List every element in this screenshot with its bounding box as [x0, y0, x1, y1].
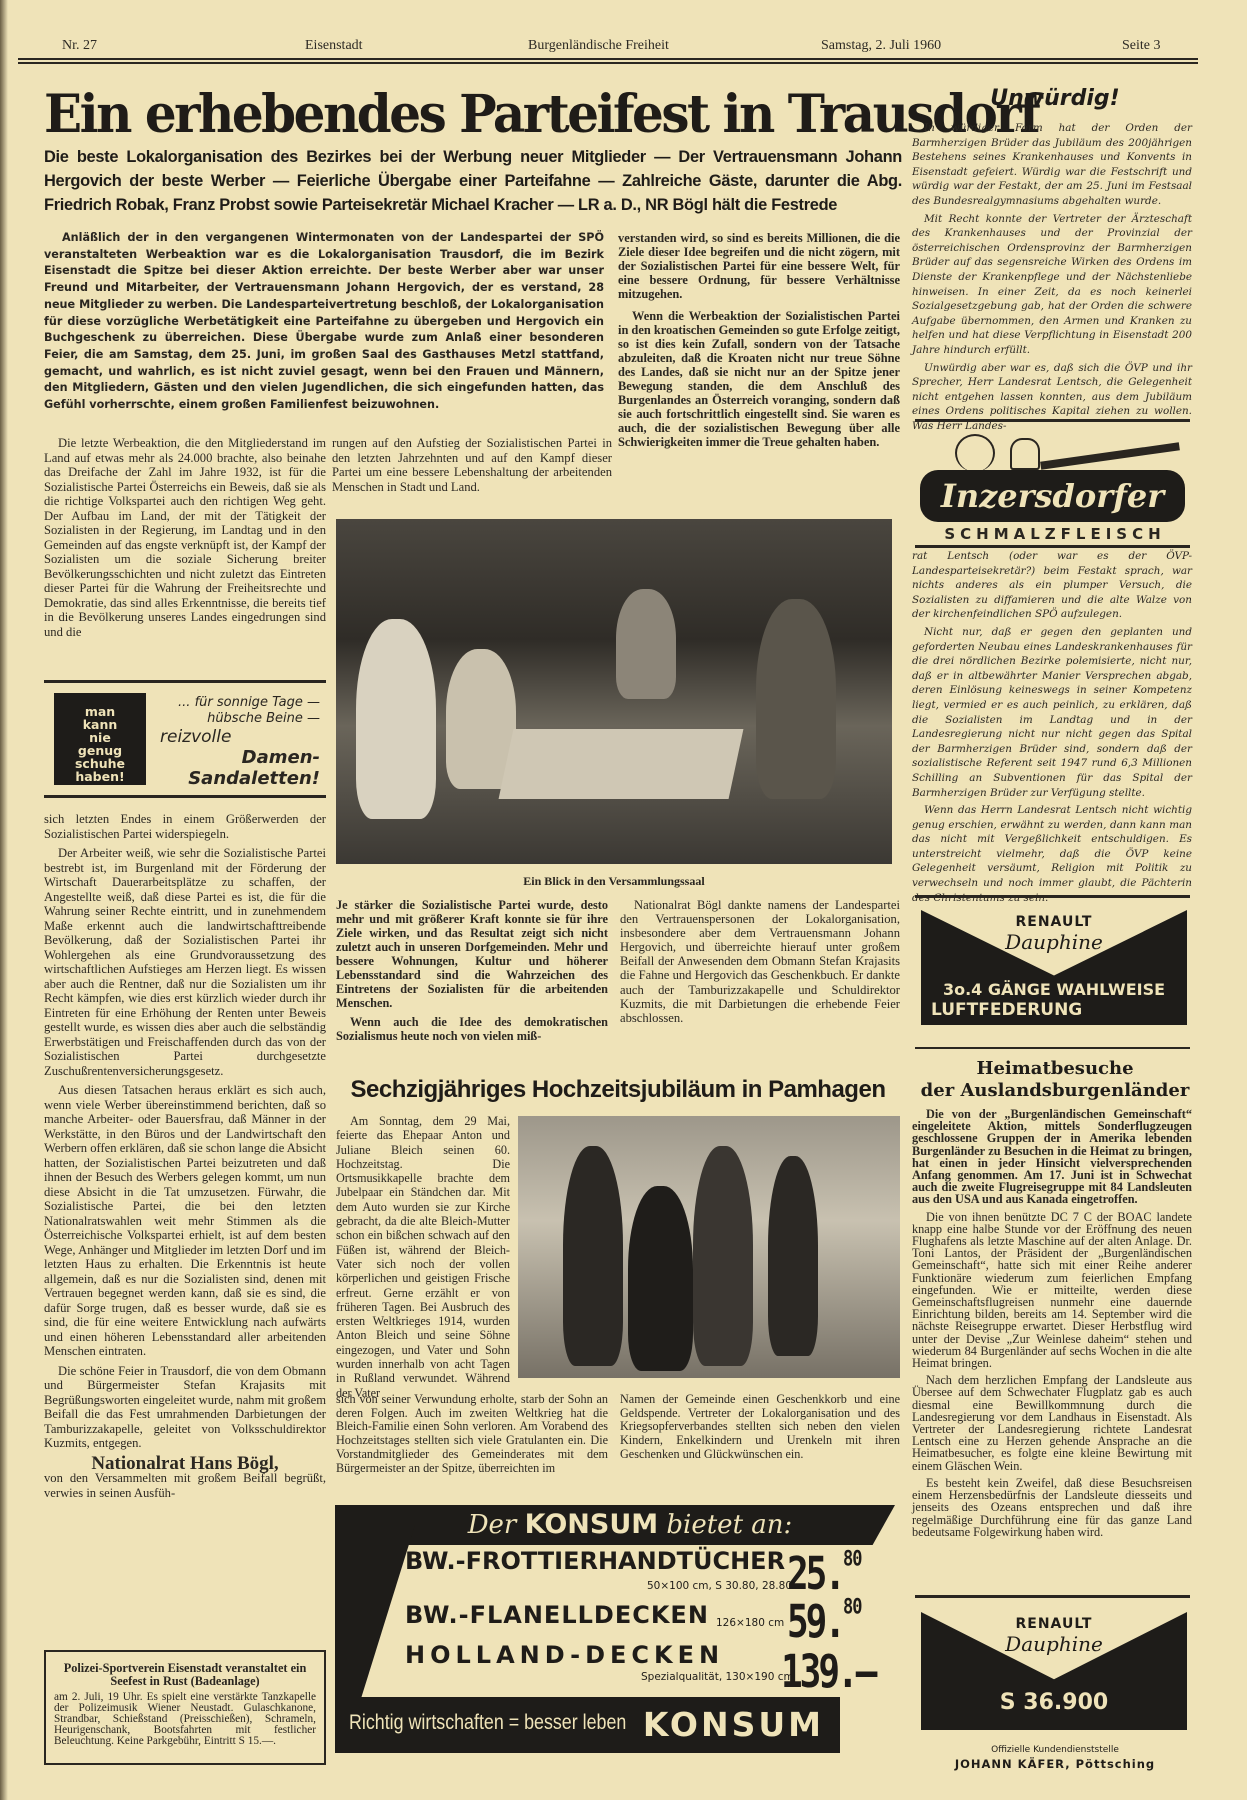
newspaper-page: Nr. 27 Eisenstadt Burgenländische Freihe… — [0, 0, 1247, 1800]
shoe-advertisement: man kann nie genug schuhe haben! ... für… — [44, 680, 326, 798]
konsum-footer: Richtig wirtschaften = besser leben KONS… — [335, 1697, 840, 1753]
photo-figure — [693, 1146, 753, 1366]
konsum-advertisement: Der KONSUM bietet an: BW.-FROTTIERHANDTÜ… — [335, 1505, 900, 1765]
dealer-name: JOHANN KÄFER, Pöttsching — [915, 1757, 1195, 1771]
paragraph: Wenn auch die Idee des demokratischen So… — [336, 1015, 608, 1043]
page-edge-shadow — [0, 0, 8, 1800]
konsum-slogan: Richtig wirtschaften = besser leben — [349, 1711, 626, 1735]
unwuerdig-column: In würdiger Form hat der Orden der Barmh… — [912, 121, 1192, 436]
price-cents: 80 — [843, 1595, 861, 1620]
photo-caption: Ein Blick in den Versammlungssaal — [336, 874, 892, 889]
renault-dealer: Offizielle Kundendienststelle JOHANN KÄF… — [915, 1745, 1195, 1771]
paragraph: Wenn das Herrn Landesrat Lentsch nicht w… — [912, 803, 1192, 905]
heimat-headline-line: der Auslandsburgenländer — [915, 1080, 1195, 1102]
paragraph: rungen auf den Aufstieg der Sozialistisc… — [332, 436, 612, 494]
renault-ad-line: LUFTFEDERUNG — [921, 1000, 1187, 1020]
paragraph: Je stärker die Sozialistische Partei wur… — [336, 898, 608, 1010]
dealer-label: Offizielle Kundendienststelle — [915, 1745, 1195, 1755]
konsum-item-name: HOLLAND-DECKEN — [405, 1641, 724, 1669]
konsum-item-name: BW.-FLANELLDECKEN — [405, 1601, 709, 1629]
paragraph: von den Versammelten mit großem Beifall … — [44, 1471, 326, 1500]
shoe-ad-line: Sandaletten! — [154, 768, 320, 789]
paragraph: Namen der Gemeinde einen Geschenkkorb un… — [620, 1393, 900, 1462]
article-column-1-continued: sich letzten Endes in einem Größerwerden… — [44, 812, 326, 1505]
renault-brand: RENAULT — [921, 1616, 1187, 1632]
konsum-item-detail: 126×180 cm — [716, 1617, 784, 1629]
article-mid-right: Nationalrat Bögl dankte namens der Lande… — [620, 898, 900, 1030]
konsum-item-price: 25.80 — [787, 1549, 862, 1600]
wedding-bottom-left: sich von seiner Verwundung erholte, star… — [336, 1393, 608, 1480]
paragraph: Die von ihnen benützte DC 7 C der BOAC l… — [912, 1211, 1192, 1370]
photo-figure — [356, 619, 436, 819]
paragraph: In würdiger Form hat der Orden der Barmh… — [912, 121, 1192, 209]
paragraph: Am Sonntag, dem 29 Mai, feierte das Ehep… — [336, 1114, 510, 1400]
paragraph: Die schöne Feier in Trausdorf, die von d… — [44, 1364, 326, 1451]
shoe-ad-line: hübsche Beine — — [154, 711, 320, 727]
shoe-ad-box-line: haben! — [54, 770, 146, 783]
konsum-item-price: 59.80 — [787, 1597, 862, 1648]
photo-figure — [616, 589, 676, 699]
paragraph: Mit Recht konnte der Vertreter der Ärzte… — [912, 212, 1192, 358]
police-sports-club-notice: Polizei-Sportverein Eisenstadt veranstal… — [44, 1650, 326, 1765]
paragraph: sich letzten Endes in einem Größerwerden… — [44, 812, 326, 841]
paragraph: Wenn die Werbeaktion der Sozialistischen… — [618, 309, 900, 449]
inzersdorfer-logo: Inzersdorfer — [920, 470, 1185, 522]
divider — [915, 1595, 1190, 1598]
heimat-column: Die von der „Burgenländischen Gemeinscha… — [912, 1108, 1192, 1543]
city: Eisenstadt — [305, 38, 363, 54]
paragraph: sich von seiner Verwundung erholte, star… — [336, 1393, 608, 1475]
wedding-couple-photo — [518, 1116, 900, 1378]
konsum-headline: Der KONSUM bietet an: — [405, 1509, 855, 1540]
issue-number: Nr. 27 — [62, 38, 97, 54]
paper-name: Burgenländische Freiheit — [528, 38, 669, 54]
divider — [915, 419, 1190, 422]
paragraph: rat Lentsch (oder war es der ÖVP-Landesp… — [912, 549, 1192, 622]
heimat-headline-line: Heimatbesuche — [915, 1058, 1195, 1080]
masthead-rule — [18, 58, 1198, 64]
photo-figure — [768, 1156, 818, 1356]
article-mid-left: Je stärker die Sozialistische Partei wur… — [336, 898, 608, 1048]
cartoon-face-icon — [955, 434, 995, 472]
paragraph: Unwürdig aber war es, daß sich die ÖVP u… — [912, 361, 1192, 434]
renault-model: Dauphine — [921, 930, 1187, 954]
renault-advertisement-price: RENAULT Dauphine S 36.900 — [921, 1612, 1187, 1730]
paragraph: Der Arbeiter weiß, wie sehr die Sozialis… — [44, 846, 326, 1078]
price-main: 25. — [787, 1549, 843, 1600]
assembly-hall-photo — [336, 519, 892, 864]
paragraph: verstanden wird, so sind es bereits Mill… — [618, 231, 900, 301]
photo-table — [499, 729, 744, 799]
renault-model: Dauphine — [921, 1632, 1187, 1656]
shoe-ad-line: reizvolle — [154, 727, 320, 747]
konsum-headline-script: Der — [468, 1510, 517, 1540]
shoe-ad-line: Damen- — [154, 747, 320, 768]
cartoon-hand-icon — [1010, 438, 1040, 470]
paragraph: Es besteht kein Zweifel, daß diese Besuc… — [912, 1477, 1192, 1538]
shoe-ad-copy: ... für sonnige Tage — hübsche Beine — r… — [154, 695, 320, 789]
photo-figure — [563, 1146, 623, 1366]
main-lead: Anläßlich der in den vergangenen Winterm… — [44, 230, 604, 414]
knife-icon — [1040, 442, 1180, 469]
konsum-item-detail: 50×100 cm, S 30.80, 28.80 — [647, 1580, 792, 1592]
paragraph: Die von der „Burgenländischen Gemeinscha… — [912, 1108, 1192, 1206]
konsum-headline-script: bietet an: — [666, 1510, 792, 1540]
page-number: Seite 3 — [1122, 38, 1161, 54]
article-column-2-top: rungen auf den Aufstieg der Sozialistisc… — [332, 436, 612, 499]
renault-ad-line: 3o.4 GÄNGE WAHLWEISE — [921, 980, 1187, 999]
inzersdorfer-product: SCHMALZFLEISCH — [917, 525, 1193, 543]
paragraph: Aus diesen Tatsachen heraus erklärt es s… — [44, 1083, 326, 1359]
renault-brand: RENAULT — [921, 914, 1187, 930]
konsum-item-detail: Spezialqualität, 130×190 cm — [641, 1671, 794, 1683]
wedding-headline: Sechzigjähriges Hochzeitsjubiläum in Pam… — [336, 1076, 900, 1104]
unwuerdig-continued: rat Lentsch (oder war es der ÖVP-Landesp… — [912, 549, 1192, 908]
price-main: 59. — [787, 1597, 843, 1648]
konsum-headline-brand: KONSUM — [525, 1509, 659, 1540]
photo-figure — [628, 1186, 693, 1371]
divider — [915, 895, 1190, 898]
heimat-headline: Heimatbesuche der Auslandsburgenländer — [915, 1058, 1195, 1102]
konsum-item-price: 139.— — [781, 1647, 874, 1698]
inzersdorfer-advertisement: Inzersdorfer SCHMALZFLEISCH — [915, 430, 1195, 540]
notice-title: Polizei-Sportverein Eisenstadt veranstal… — [54, 1662, 316, 1688]
masthead: Nr. 27 Eisenstadt Burgenländische Freihe… — [62, 38, 1192, 60]
main-subhead: Die beste Lokalorganisation des Bezirkes… — [44, 145, 902, 217]
shoe-ad-box: man kann nie genug schuhe haben! — [54, 693, 146, 785]
wedding-column-left: Am Sonntag, dem 29 Mai, feierte das Ehep… — [336, 1114, 510, 1405]
article-column-1-top: Die letzte Werbeaktion, die den Mitglied… — [44, 436, 326, 644]
konsum-logo: KONSUM — [643, 1705, 824, 1744]
konsum-item-name: BW.-FROTTIERHANDTÜCHER — [405, 1547, 785, 1575]
paragraph: Nicht nur, daß er gegen den geplanten un… — [912, 625, 1192, 800]
date: Samstag, 2. Juli 1960 — [821, 38, 941, 54]
main-headline: Ein erhebendes Parteifest in Trausdorf — [44, 83, 902, 146]
renault-advertisement-gears: RENAULT Dauphine 3o.4 GÄNGE WAHLWEISE LU… — [921, 910, 1187, 1025]
divider — [915, 545, 1190, 548]
paragraph: Die letzte Werbeaktion, die den Mitglied… — [44, 436, 326, 639]
shoe-ad-line: ... für sonnige Tage — — [154, 695, 320, 711]
price-main: 139.— — [781, 1647, 874, 1698]
unwuerdig-headline: Unwürdig! — [915, 86, 1195, 111]
price-cents: 80 — [843, 1547, 861, 1572]
divider — [915, 1047, 1190, 1049]
photo-figure — [756, 599, 836, 799]
article-column-3-top: verstanden wird, so sind es bereits Mill… — [618, 231, 900, 454]
wedding-bottom-right: Namen der Gemeinde einen Geschenkkorb un… — [620, 1393, 900, 1467]
paragraph: Nationalrat Bögl dankte namens der Lande… — [620, 898, 900, 1025]
subheading-boegl: Nationalrat Hans Bögl, — [44, 1457, 326, 1472]
renault-price: S 36.900 — [921, 1690, 1187, 1715]
notice-body: am 2. Juli, 19 Uhr. Es spielt eine verst… — [54, 1692, 316, 1747]
konsum-wedge — [335, 1505, 415, 1705]
paragraph: Nach dem herzlichen Empfang der Landsleu… — [912, 1374, 1192, 1472]
